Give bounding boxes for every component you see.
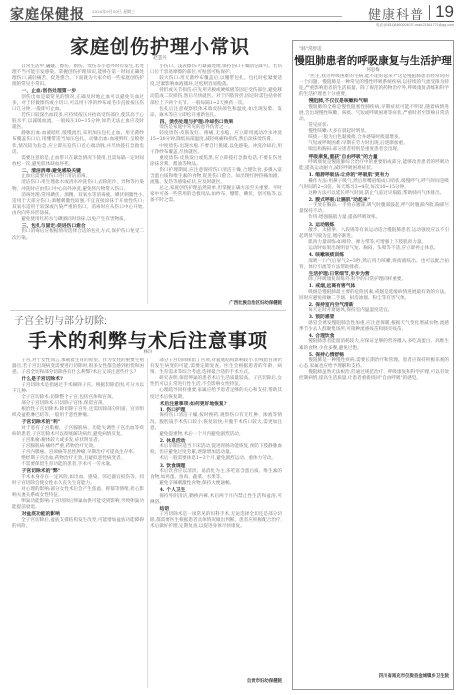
paragraph: 轻度烫伤:皮肤发红、疼痛,无水疱。应立即用流动冷水冲洗15~30分钟,降低局部温… [150, 131, 282, 143]
paragraph: 心理疏导同样重要,家属应给予患者足够的关心和支持,帮助其度过术后恢复期。 [150, 388, 282, 400]
paragraph: 呼吸康复是慢阻肺综合治疗中的重要组成部分,能够改善患者的呼吸功能,提高运动耐力,… [299, 160, 449, 172]
paragraph: 研究表明,保留卵巢的患者术后生活质量较高。子宫切除后,女性仍可以正常进行性生活,… [150, 376, 282, 388]
paragraph: 吸烟是慢阻肺最主要的危险因素,戒烟是延缓病情进展最有效的方法。同时应避免接触二手… [299, 290, 449, 302]
article3-box: "肺"常舒适 慢阻肺患者的呼吸康复与生活护理 何思梅 "医生,我这呼吸困难的毛病… [292, 40, 454, 690]
article3-kicker: "肺"常舒适 [299, 46, 322, 52]
paragraph: 清洁伤口:用生理盐水或清水冲洗伤口,去除泥沙、异物等污染物。冲洗时应由伤口中心向… [12, 180, 144, 192]
column-divider [147, 358, 148, 688]
paragraph: 子宫切除术是指通过手术摘除子宫。根据切除范围,可分为以下几种: [12, 383, 144, 395]
paragraph: 慢阻肺是一种慢性疾病,需要长期治疗和管理。患者应保持积极乐观的心态,家属也应给予… [299, 358, 449, 370]
article1-column2: 小伤口、浅表擦伤:可暴露处理,保持伤口干燥清洁即可。若伤口位于容易摩擦的部位,可… [150, 64, 282, 300]
paragraph: 慢阻肺虽然无法根治,但通过规范治疗、呼吸康复和科学护理,可以有效控制病情,提高生… [299, 370, 449, 382]
paragraph: 对心理的影响:部分女性术后会产生焦虑、抑郁等情绪,担心影响夫妻关系或女性特征。 [12, 487, 144, 499]
paragraph: 一手放在胸前,一手放在腹部,吸气时腹部鼓起,呼气时腹部内收,胸部尽量保持不动。 [299, 203, 449, 215]
paragraph: 重度烫伤:皮肤发白或焦黑,应立即拨打急救电话,不要在伤处涂抹牙膏、酱油等物品。 [150, 156, 282, 168]
article1-source: 广西壮族自治区妇幼保健院 [150, 300, 282, 306]
article2-column1: 子宫,对于女性而言,承载着生育的希望。作为女性的重要生殖器官,若子宫出现病变需要… [12, 358, 144, 688]
paragraph: 若伤口较深出血较多,应持续按压并抬高受伤部位,使其高于心脏水平,以减缓血流。一般… [12, 113, 144, 131]
paragraph: 保持外阴清洁,勤换内裤,术后两个月内禁止性生活和盆浴,可淋浴。 [150, 494, 282, 506]
article2-kicker: 子宫全切与部分切除: [14, 312, 107, 327]
paragraph: 操作方法:用鼻子吸气,然后将嘴唇缩成口哨状,缓慢呼气,呼气时间是吸气时间的2~3… [299, 179, 449, 191]
page-number: 19 [435, 2, 454, 22]
paragraph: 伤口消毒后应根据情况选择合适的包扎方式,保护伤口免受二次污染。 [12, 229, 144, 241]
paragraph: 术后早期应适当下床活动,促进胃肠功能恢复,预防下肢静脉血栓。但应避免过度劳累,逐… [150, 444, 282, 456]
paragraph: 创伤出血是最常见的情况,正确及时地止血可以避免失血过多。对于轻微擦伤或小切口,可… [12, 95, 144, 113]
paragraph: 慢阻肺的全称是慢性阻塞性肺疾病,早期症状可能不明显,随着病情进展,会出现慢性咳嗽… [299, 105, 449, 123]
article2-byline: 林玲 [10, 349, 286, 355]
issue-date: 2020年9月10日 星期三 [92, 9, 135, 15]
paragraph: 保持伤口清洁干燥,按时换药,观察伤口有无红肿、渗液等情况。腹腔镜手术伤口较小,恢… [150, 413, 282, 431]
paragraph: 手术本身存在一定风险,如出血、感染、邻近器官损伤等。同时子宫切除会使女性永久丧失… [12, 475, 144, 487]
paragraph: 部分子宫切除保留了宫颈,对盆底结构影响较小,但残留宫颈仍有发生病变的可能,需要定… [150, 358, 282, 376]
column-divider [147, 64, 148, 304]
paragraph: 伤口护理期间,应注意保持伤口清洁干燥,合理饮食,多摄入富含蛋白质和维生素的食物,… [150, 168, 282, 186]
paragraph: 中度烫伤:出现水疱,不要自行挑破,以免感染。冲洗冷却后,用干净纱布覆盖,尽快就医… [150, 144, 282, 156]
top-rule [10, 21, 454, 22]
article-separator [10, 310, 286, 311]
masthead-rule [92, 16, 342, 17]
paragraph: 卵巢功能影响:子宫切除后卵巢血供可能受到影响,导致卵巢功能提前衰退。 [12, 499, 144, 511]
masthead: 家庭保健报 2020年9月10日 星期三 健康科普 19 [10, 2, 454, 22]
article2-source: 自贡市妇幼保健院 [150, 678, 282, 684]
paragraph: 小伤口、浅表擦伤:可暴露处理,保持伤口干燥清洁即可。若伤口位于容易摩擦的部位,可… [150, 64, 282, 76]
article3-body: "医生,我这呼吸困难的毛病,能不能好起来?"这是慢阻肺患者经常问的一个问题。慢阻… [299, 74, 449, 670]
paragraph: 根治性子宫切除术:除切除子宫外,还需切除部分阴道、宫旁组织及盆腔淋巴结等,一般用… [12, 407, 144, 419]
paragraph: 慢阻肺患者能量消耗较大,应保证足够的营养摄入,多吃高蛋白、高维生素的食物,少食多… [299, 339, 449, 351]
paragraph: 骨折或关节损伤:应先用夹板或硬纸板等固定受伤部位,避免移动造成二次损伤,然后尽快… [150, 88, 282, 106]
paragraph: 日常生活中,磕碰、擦伤、割伤、烫伤等小意外时有发生,若处理不当可能引发感染。掌握… [12, 64, 144, 88]
article3-title: 慢阻肺患者的呼吸康复与生活护理 [293, 53, 453, 68]
section-divider [429, 5, 430, 20]
paragraph: 对于患有子宫肌瘤、子宫腺肌病、功能失调性子宫出血等疾病的患者,子宫切除术可以彻底… [12, 426, 144, 438]
paragraph: 散步、太极拳、八段锦等有氧运动适合慢阻肺患者,运动强度应以不引起明显气喘为宜,循… [299, 228, 449, 240]
paragraph: 全子宫切除后,盆底支撑结构发生改变,可能增加盆底功能障碍的风险。 [12, 518, 144, 530]
paragraph: "医生,我这呼吸困难的毛病,能不能好起来?"这是慢阻肺患者经常问的一个问题。慢阻… [299, 74, 449, 98]
paragraph: 子宫切除术是一项常见的妇科手术,无论选择全切还是部分切除,都需要医生根据患者具体… [150, 512, 282, 530]
paragraph: 术后一般需要休息1~3个月,避免剧烈运动、重体力劳动。 [150, 456, 282, 462]
contact-info: 电话:(0451)84600040 E-mail:21841771@qq.com [376, 23, 454, 28]
paragraph: 静脉出血:血液暗红,缓慢流出,采用加压包扎止血。用无菌纱布覆盖伤口后,用绷带适当… [12, 131, 144, 155]
paragraph: 这种方法可以延长呼气时间,防止气道过早塌陷,帮助肺内气体排出。 [299, 191, 449, 197]
paragraph: 包扎后注意观察肢体末端皮肤颜色和温度,如出现发紫、发凉、麻木等应立即松开重新包扎… [150, 107, 282, 119]
paragraph: 较大伤口:用无菌纱布覆盖后,以绷带包扎。包扎时松紧要适度,过紧影响血液循环,过松… [150, 76, 282, 88]
paragraph: 总之,家庭创伤护理虽然简单,但掌握正确方法至关重要。平时家中可备一些常用的急救用… [150, 186, 282, 204]
paragraph: 子宫,对于女性而言,承载着生育的希望。作为女性的重要生殖器官,若子宫出现病变需要… [12, 358, 144, 376]
article2-column2: 部分子宫切除保留了宫颈,对盆底结构影响较小,但残留宫颈仍有发生病变的可能,需要定… [150, 358, 282, 676]
article3-source: 四川省南充市仪陇县金城镇乡卫生院 [299, 673, 449, 679]
paragraph: 消毒处理:常用碘伏、酒精、双氧水等消毒液。碘伏刺激性小,适用于大部分伤口;酒精刺… [12, 193, 144, 217]
paragraph: 深吸一口气后屏气2~3秒,然后用力咳嗽,将痰液咳出。也可以配合拍背、体位引流等方… [299, 259, 449, 271]
article3-byline: 何思梅 [293, 67, 453, 73]
paragraph: 感冒会诱发慢阻肺急性加重,应注意保暖,根据天气变化增减衣物,流感季节少去人群聚集… [299, 321, 449, 333]
article1-byline: 赵慧丹 [60, 55, 260, 61]
article1-column1: 日常生活中,磕碰、擦伤、割伤、烫伤等小意外时有发生,若处理不当可能引发感染。掌握… [12, 64, 144, 307]
paragraph: 需要注意的是,止血带只在紧急情况下使用,且需每隔一定时间放松一次,避免肢体缺血坏… [12, 156, 144, 168]
paragraph: 术后饮食应以清淡、易消化为主,多吃富含蛋白质、维生素的食物,如鸡蛋、鱼肉、蔬菜、… [150, 469, 282, 481]
